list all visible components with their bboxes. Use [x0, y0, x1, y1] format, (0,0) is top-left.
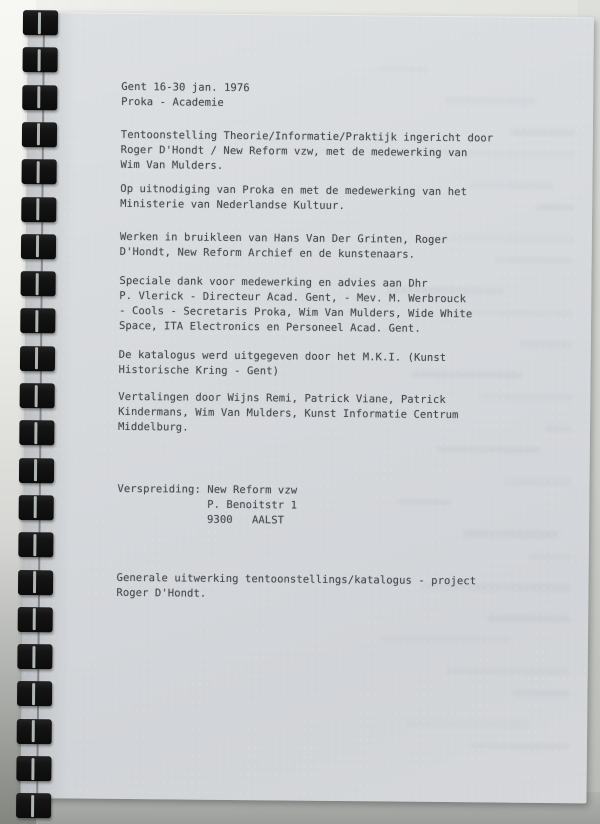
comb-binding	[13, 10, 62, 820]
comb-tooth	[18, 607, 53, 632]
comb-tooth	[19, 420, 54, 445]
block-header: Gent 16-30 jan. 1976 Proka - Academie	[121, 80, 250, 111]
comb-tooth	[17, 719, 52, 744]
comb-tooth	[20, 346, 55, 371]
text-line: D'Hondt, New Reform Archief en de kunste…	[120, 245, 448, 263]
text-line: Gent 16-30 jan. 1976	[121, 80, 250, 96]
comb-tooth	[16, 756, 51, 781]
text-line: Proka - Academie	[121, 95, 250, 111]
text-line: Space, ITA Electronics en Personeel Acad…	[119, 319, 472, 337]
photo-of-document: Gent 16-30 jan. 1976 Proka - Academie Te…	[0, 0, 600, 824]
comb-tooth	[23, 47, 58, 72]
block-distribution: Verspreiding: New Reform vzw P. Benoitst…	[117, 482, 297, 529]
block-acknowledgements: Speciale dank voor medewerking en advies…	[119, 274, 473, 337]
comb-tooth	[18, 570, 53, 595]
comb-tooth	[21, 197, 56, 222]
comb-tooth	[20, 308, 55, 333]
comb-tooth	[22, 159, 57, 184]
block-production-credit: Generale uitwerking tentoonstellings/kat…	[116, 571, 476, 604]
comb-tooth	[18, 532, 53, 557]
comb-tooth	[21, 234, 56, 259]
comb-tooth	[16, 793, 51, 818]
text-line: 9300 AALST	[117, 512, 297, 529]
block-invitation: Op uitnodiging van Proka en met de medew…	[120, 182, 467, 215]
block-exhibition-intro: Tentoonstelling Theorie/Informatie/Prakt…	[120, 128, 493, 177]
comb-tooth	[21, 271, 56, 296]
comb-tooth	[23, 10, 58, 35]
comb-tooth	[22, 85, 57, 110]
comb-tooth	[19, 458, 54, 483]
block-loans: Werken in bruikleen van Hans Van Der Gri…	[120, 230, 448, 263]
comb-tooth	[19, 495, 54, 520]
block-catalogue-publisher: De katalogus werd uitgegeven door het M.…	[118, 348, 446, 381]
text-line: P. Benoitstr 1	[117, 497, 297, 514]
document-page: Gent 16-30 jan. 1976 Proka - Academie Te…	[20, 12, 594, 803]
comb-tooth	[22, 122, 57, 147]
text-line: Historische Kring - Gent)	[118, 363, 446, 381]
block-translations: Vertalingen door Wijns Remi, Patrick Via…	[118, 390, 459, 438]
typed-text: Gent 16-30 jan. 1976 Proka - Academie Te…	[20, 12, 594, 803]
comb-tooth	[20, 383, 55, 408]
comb-tooth	[17, 681, 52, 706]
text-line: Verspreiding: New Reform vzw	[117, 482, 297, 499]
comb-tooth	[17, 644, 52, 669]
